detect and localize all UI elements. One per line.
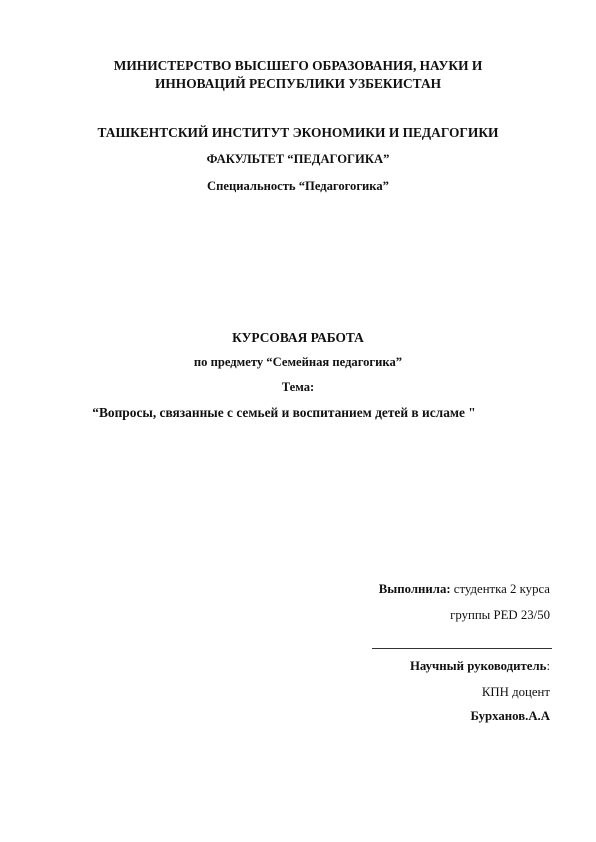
supervisor-colon: : [546, 659, 550, 673]
signature-line [372, 648, 552, 649]
performed-value: студентка 2 курса [451, 582, 550, 596]
performed-label: Выполнила: [379, 582, 451, 596]
institute-name: ТАШКЕНТСКИЙ ИНСТИТУТ ЭКОНОМИКИ И ПЕДАГОГ… [0, 125, 596, 141]
topic-title: “Вопросы, связанные с семьей и воспитани… [0, 405, 582, 421]
work-type: КУРСОВАЯ РАБОТА [0, 330, 596, 346]
ministry-line-2: ИННОВАЦИЙ РЕСПУБЛИКИ УЗБЕКИСТАН [0, 76, 596, 92]
topic-label: Тема: [0, 380, 596, 395]
student-group: группы PED 23/50 [450, 608, 550, 623]
supervisor-name: Бурханов.А.А [470, 709, 550, 724]
supervisor-label: Научный руководитель [410, 659, 547, 673]
performed-by: Выполнила: студентка 2 курса [379, 582, 550, 597]
subject: по предмету “Семейная педагогика” [0, 355, 596, 370]
faculty-name: ФАКУЛЬТЕТ “ПЕДАГОГИКА” [0, 152, 596, 167]
supervisor-title: КПН доцент [482, 685, 550, 700]
ministry-line-1: МИНИСТЕРСТВО ВЫСШЕГО ОБРАЗОВАНИЯ, НАУКИ … [0, 58, 596, 74]
specialty-name: Специальность “Педагогогика” [0, 179, 596, 194]
supervisor-heading: Научный руководитель: [410, 659, 550, 674]
